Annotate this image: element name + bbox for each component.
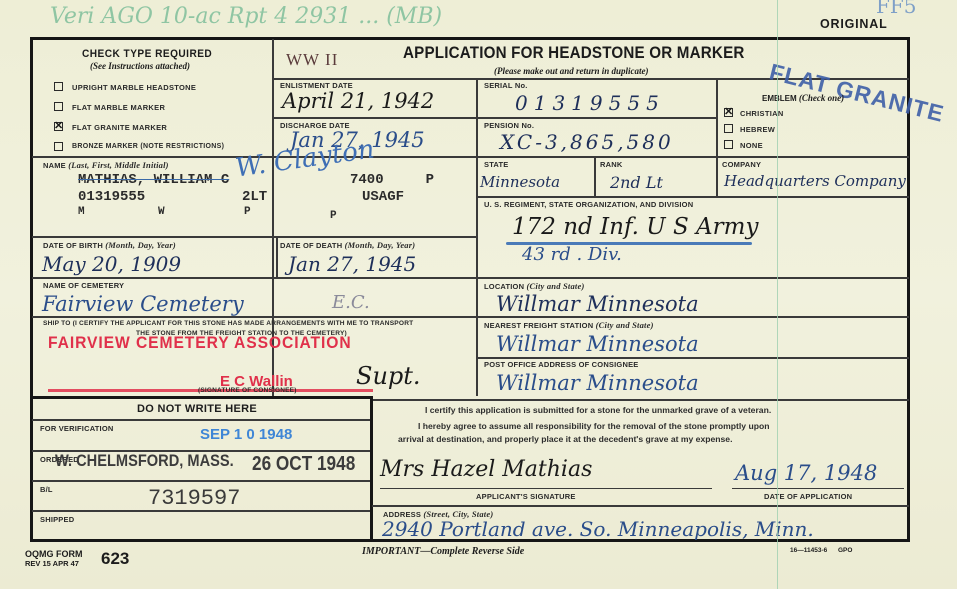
name-code: P: [244, 206, 251, 218]
death-value: Jan 27, 1945: [288, 252, 416, 276]
hebrew-checkbox[interactable]: [724, 124, 733, 133]
address-value[interactable]: 2940 Portland ave. So. Minneapolis, Minn…: [382, 517, 814, 541]
name-label: NAME (Last, First, Middle Initial): [43, 160, 169, 170]
divider: [476, 78, 478, 396]
company-label: COMPANY: [722, 160, 761, 169]
divider: [476, 196, 909, 198]
divider: [716, 78, 718, 196]
cemetery-initials: E.C.: [332, 292, 370, 313]
form-number: 623: [101, 549, 129, 569]
do-not-write-heading: DO NOT WRITE HERE: [137, 403, 257, 415]
pension-label: PENSION No.: [484, 121, 534, 130]
form-subtitle: (Please make out and return in duplicate…: [494, 66, 649, 76]
name-rank-typed: 2LT: [242, 189, 267, 205]
bl-label: B/L: [40, 485, 53, 494]
green-pencil-line: [777, 0, 778, 589]
hebrew-label: HEBREW: [740, 125, 775, 134]
original-label: ORIGINAL: [820, 17, 888, 31]
applicant-signature[interactable]: Mrs Hazel Mathias: [380, 457, 592, 482]
name-unit-typed: USAGF: [362, 189, 404, 205]
ship-to-label: SHIP TO (I CERTIFY THE APPLICANT FOR THI…: [43, 320, 413, 327]
state-label: STATE: [484, 160, 508, 169]
enlistment-value: April 21, 1942: [282, 89, 434, 113]
location-label: LOCATION (City and State): [484, 281, 585, 291]
serial-value: 01319555: [515, 91, 665, 115]
pension-value: XC-3,865,580: [500, 130, 674, 154]
regiment-line1: 172 nd Inf. U S Army: [512, 214, 758, 240]
name-typed: MATHIAS, WILLIAM C: [78, 172, 229, 188]
divider: [272, 117, 716, 119]
divider: [594, 156, 596, 196]
po-address-value: Willmar Minnesota: [496, 371, 699, 395]
print-code: 16—11453-6: [790, 547, 827, 554]
flat-marble-label: FLAT MARBLE MARKER: [72, 103, 165, 112]
war-label: WW II: [286, 50, 338, 70]
form-id: OQMG FORM REV 15 APR 47: [25, 549, 83, 569]
none-checkbox[interactable]: [724, 140, 733, 149]
form-title: APPLICATION FOR HEADSTONE OR MARKER: [403, 44, 745, 63]
birth-label: DATE OF BIRTH (Month, Day, Year): [43, 240, 176, 250]
cemetery-label: NAME OF CEMETERY: [43, 281, 124, 290]
bl-value: 7319597: [148, 486, 240, 511]
ordered-date-stamp: 26 OCT 1948: [252, 453, 355, 476]
flat-granite-label: FLAT GRANITE MARKER: [72, 123, 167, 132]
signature-line: [380, 488, 712, 489]
rank-label: RANK: [600, 160, 622, 169]
certification-line1: I certify this application is submitted …: [425, 405, 771, 415]
flat-granite-checkbox[interactable]: [54, 122, 63, 131]
divider: [370, 396, 373, 542]
regiment-label: U. S. REGIMENT, STATE ORGANIZATION, AND …: [484, 200, 693, 209]
name-typed-right: 7400 P: [350, 172, 434, 188]
divider: [372, 505, 909, 507]
upright-marble-label: UPRIGHT MARBLE HEADSTONE: [72, 83, 196, 92]
cemetery-association-stamp: FAIRVIEW CEMETERY ASSOCIATION: [48, 333, 352, 353]
consignee-title: Supt.: [356, 362, 421, 390]
divider: [276, 236, 278, 277]
flat-marble-checkbox[interactable]: [54, 102, 63, 111]
bronze-marker-label: BRONZE MARKER (NOTE RESTRICTIONS): [72, 143, 224, 150]
po-address-label: POST OFFICE ADDRESS OF CONSIGNEE: [484, 360, 638, 369]
cemetery-value: Fairview Cemetery: [42, 292, 244, 316]
rank-value: 2nd Lt: [610, 173, 663, 192]
verification-stamp: SEP 1 0 1948: [200, 426, 292, 443]
form-id-line2: REV 15 APR 47: [25, 559, 83, 569]
none-label: NONE: [740, 141, 763, 150]
divider: [32, 480, 370, 482]
upright-marble-checkbox[interactable]: [54, 82, 63, 91]
applicant-signature-label: APPLICANT'S SIGNATURE: [476, 492, 576, 501]
shipped-label: SHIPPED: [40, 515, 74, 524]
name-code: P: [330, 210, 337, 222]
freight-label: NEAREST FREIGHT STATION (City and State): [484, 320, 654, 330]
freight-value: Willmar Minnesota: [496, 332, 699, 356]
company-value: Headquarters Company: [724, 172, 906, 190]
location-value: Willmar Minnesota: [496, 292, 699, 316]
certification-line3: arrival at destination, and properly pla…: [398, 434, 732, 444]
gpo-mark: GPO: [838, 547, 852, 554]
divider: [30, 396, 372, 399]
serial-label: SERIAL No.: [484, 81, 528, 90]
top-right-annotation: FF5: [876, 0, 916, 18]
date-line: [732, 488, 904, 489]
certification-line2: I hereby agree to assume all responsibil…: [418, 421, 769, 431]
check-type-subheading: (See Instructions attached): [90, 61, 190, 71]
divider: [32, 419, 370, 421]
application-date[interactable]: Aug 17, 1948: [735, 461, 877, 485]
consignee-signature-label: (SIGNATURE OF CONSIGNEE): [198, 387, 297, 394]
state-value: Minnesota: [480, 173, 560, 191]
name-code: M: [78, 206, 85, 218]
divider: [32, 236, 476, 238]
divider: [372, 399, 909, 401]
ordered-place-stamp: W. CHELMSFORD, MASS.: [55, 451, 234, 471]
verification-label: FOR VERIFICATION: [40, 424, 113, 433]
name-serial-typed: 01319555: [78, 189, 145, 205]
death-label: DATE OF DEATH (Month, Day, Year): [280, 240, 415, 250]
form-id-line1: OQMG FORM: [25, 549, 83, 559]
check-type-heading: CHECK TYPE REQUIRED: [82, 48, 212, 60]
regiment-line2: 43 rd . Div.: [522, 244, 622, 265]
green-pencil-annotation: Veri AGO 10-ac Rpt 4 2931 ... (MB): [50, 4, 442, 29]
birth-value: May 20, 1909: [42, 252, 181, 276]
emblem-label: EMBLEM (Check one): [762, 93, 844, 103]
christian-checkbox[interactable]: [724, 108, 733, 117]
important-note: IMPORTANT—Complete Reverse Side: [362, 546, 524, 557]
bronze-marker-checkbox[interactable]: [54, 142, 63, 151]
divider: [476, 357, 909, 359]
name-code: W: [158, 206, 165, 218]
